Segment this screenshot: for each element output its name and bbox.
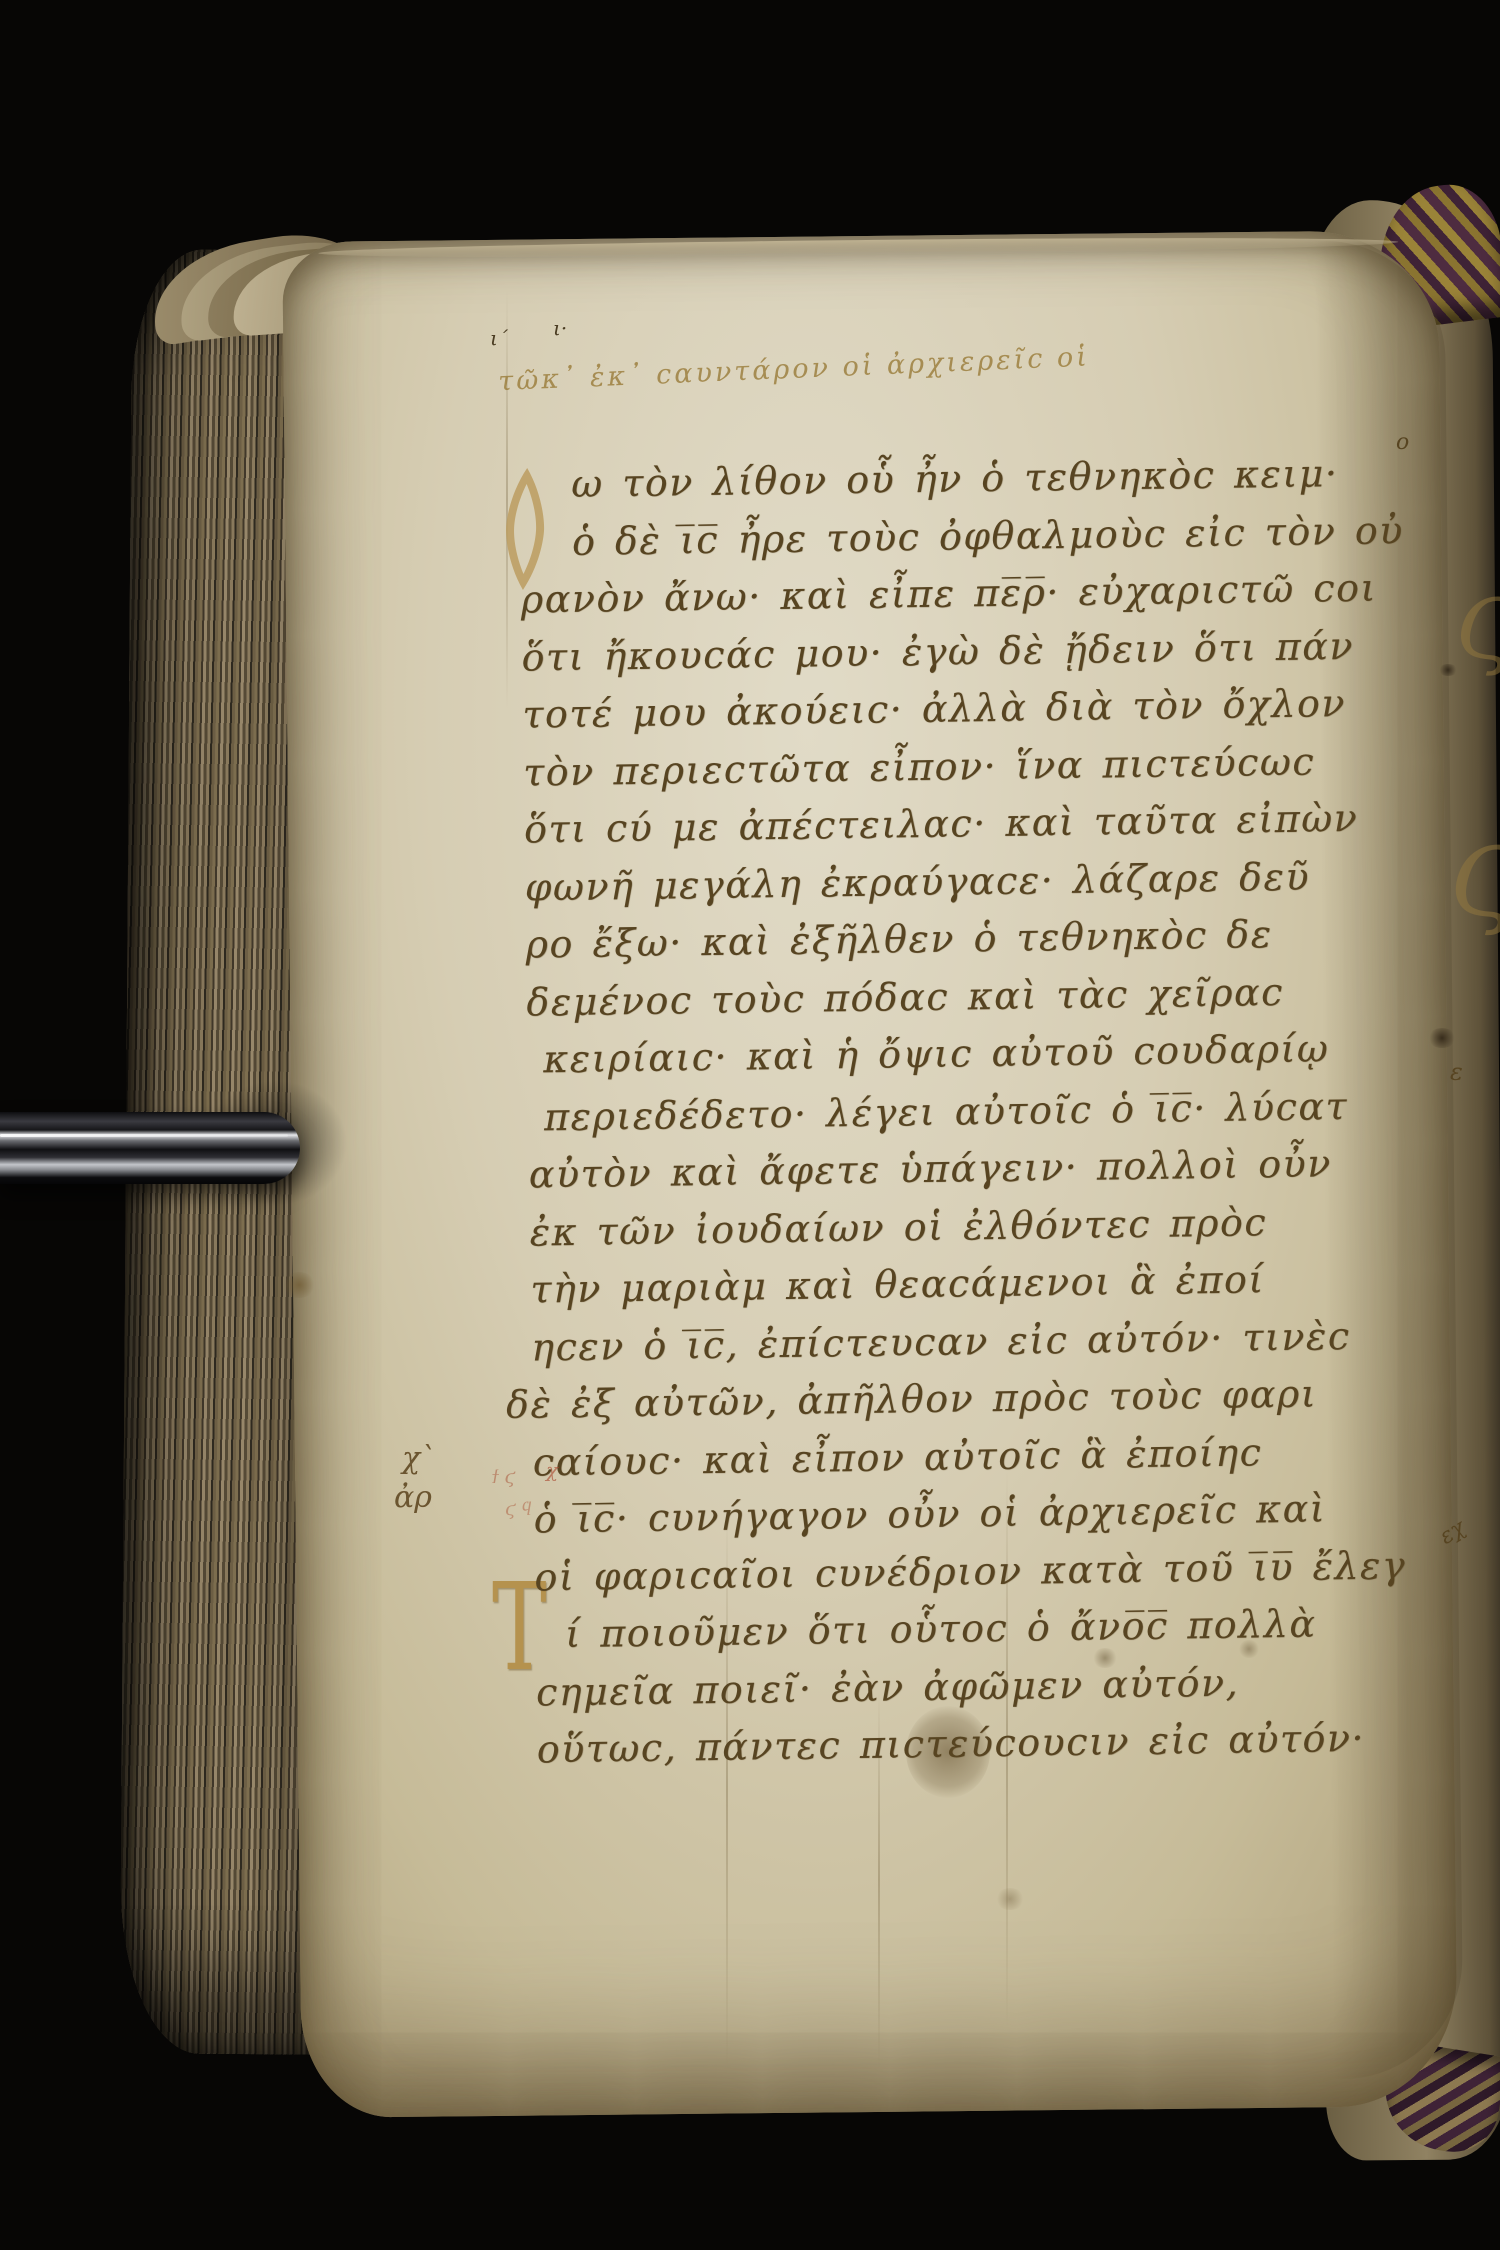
text-block: ω τὸν λίθον οὗ ἦν ὁ τεθνηκὸϲ κειμ· ὁ δὲ …	[519, 444, 1472, 1779]
parchment-spot	[995, 1888, 1025, 1910]
page-top-rim	[318, 234, 1398, 260]
glass-weight-rod	[0, 1112, 300, 1184]
marginal-note-red: χ	[546, 1458, 558, 1482]
manuscript-photo: Ϛ Ϛ τῶκ᾽ ἐκ᾽ ϲαυντάρον οἱ ἀρχιερεῖϲ οἱ ι…	[0, 0, 1500, 2250]
marginal-note-red: ϛ ϥ	[505, 1498, 532, 1521]
marginal-note-red: ϯ ϛ	[492, 1466, 515, 1489]
margin-tick-mark: ι΄	[490, 326, 508, 350]
marginal-note-chi: χ`	[402, 1441, 435, 1476]
bleed-through-glyph: Ϛ	[1452, 577, 1500, 680]
parchment-spot	[282, 1272, 316, 1298]
interlinear-correction: ο	[1396, 430, 1409, 455]
margin-tick-mark: ι·	[553, 316, 567, 340]
marginal-note-arche: ἀρ	[394, 1480, 432, 1515]
interlinear-correction: ε	[1450, 1058, 1463, 1086]
